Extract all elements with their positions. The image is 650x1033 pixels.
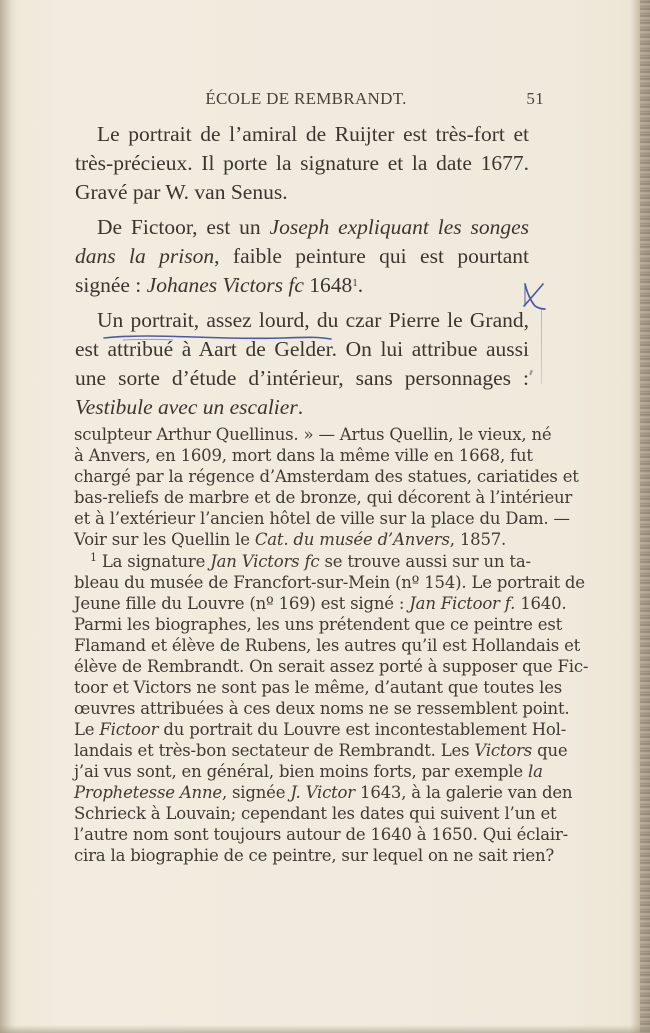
footnote-continuation: sculpteur Arthur Quellinus. » — Artus Qu…: [74, 424, 524, 550]
italic-title: Vestibule avec un escalier: [75, 395, 298, 419]
text-run: .: [298, 395, 303, 419]
running-head: ÉCOLE DE REMBRANDT. 51: [68, 89, 544, 111]
text-line: De Fictoor, est un Joseph expliquant les…: [75, 213, 529, 242]
text-line: Un portrait, assez lourd, du czar Pierre…: [75, 306, 529, 335]
text-line: œuvres attribuées à ces deux noms ne se …: [74, 698, 524, 719]
text-line: dans la prison, faible peinture qui est …: [75, 242, 529, 271]
text-line: Le Fictoor du portrait du Louvre est inc…: [74, 719, 524, 740]
pencil-margin-line: [541, 310, 542, 384]
text-line: une sorte d’étude d’intérieur, sans pers…: [75, 364, 529, 393]
text-line: Prophetesse Anne, signée J. Victor 1643,…: [74, 782, 524, 803]
text-line: cira la biographie de ce peintre, sur le…: [74, 845, 524, 866]
text-line: j’ai vus sont, en général, bien moins fo…: [74, 761, 524, 782]
text-line: Flamand et élève de Rubens, les autres q…: [74, 635, 524, 656]
text-line: Vestibule avec un escalier.: [75, 393, 529, 422]
text-run: j’ai vus sont, en général, bien moins fo…: [74, 762, 528, 781]
italic-title: Johanes Victors fc: [147, 273, 304, 297]
text-line: bleau du musée de Francfort-sur-Mein (nº…: [74, 572, 524, 593]
text-run: Voir sur les Quellin le: [74, 530, 255, 549]
text-line: landais et très-bon sectateur de Rembran…: [74, 740, 524, 761]
text-run: 1640.: [515, 594, 566, 613]
italic-title: Fictoor: [99, 720, 158, 739]
text-line: signée : Johanes Victors fc 16481.: [75, 271, 529, 300]
text-run: , faible peinture qui est pourtant: [214, 244, 529, 268]
text-line: Voir sur les Quellin le Cat. du musée d’…: [74, 529, 524, 550]
paragraph: De Fictoor, est un Joseph expliquant les…: [75, 213, 529, 300]
italic-title: la: [528, 762, 543, 781]
page-number: 51: [526, 89, 544, 109]
text-run: du portrait du Louvre est incontestablem…: [158, 720, 566, 739]
page-bottom-edge: [0, 1025, 650, 1033]
text-line: 1 La signature Jan Victors fc se trouve …: [74, 551, 524, 572]
text-run: .: [358, 273, 363, 297]
text-line: sculpteur Arthur Quellinus. » — Artus Qu…: [74, 424, 524, 445]
italic-title: dans la prison: [75, 244, 214, 268]
text-line: l’autre nom sont toujours autour de 1640…: [74, 824, 524, 845]
text-line: Schrieck à Louvain; cependant les dates …: [74, 803, 524, 824]
text-line: et à l’extérieur l’ancien hôtel de ville…: [74, 508, 524, 529]
text-run: 1643, à la galerie van den: [355, 783, 572, 802]
text-run: que: [532, 741, 567, 760]
text-run: landais et très-bon sectateur de Rembran…: [74, 741, 474, 760]
italic-title: J. Victor: [290, 783, 355, 802]
italic-title: Jan Victors fc: [210, 552, 319, 571]
text-run: La signature: [97, 552, 210, 571]
text-run: Jeune fille du Louvre (nº 169) est signé…: [74, 594, 409, 613]
italic-title: Jan Fictoor f.: [409, 594, 515, 613]
italic-title: Victors: [474, 741, 532, 760]
text-run: signée :: [75, 273, 147, 297]
paragraph: Le portrait de l’amiral de Ruijter est t…: [75, 120, 529, 207]
italic-title: Cat. du musée d’Anvers: [255, 530, 450, 549]
text-line: Parmi les biographes, les uns prétendent…: [74, 614, 524, 635]
pencil-tick-mark: [529, 370, 533, 375]
text-line: est attribué à Aart de Gelder. On lui at…: [75, 335, 529, 364]
page-edge: [640, 0, 650, 1033]
text-line: Gravé par W. van Senus.: [75, 178, 529, 207]
italic-title: Prophetesse Anne: [74, 783, 222, 802]
text-run: , 1857.: [450, 530, 506, 549]
running-title: ÉCOLE DE REMBRANDT.: [68, 89, 544, 109]
text-line: Le portrait de l’amiral de Ruijter est t…: [75, 120, 529, 149]
italic-title: Joseph expliquant les songes: [270, 215, 529, 239]
paragraph: Un portrait, assez lourd, du czar Pierre…: [75, 306, 529, 422]
text-line: bas-reliefs de marbre et de bronze, qui …: [74, 487, 524, 508]
text-line: chargé par la régence d’Amsterdam des st…: [74, 466, 524, 487]
footnotes: sculpteur Arthur Quellinus. » — Artus Qu…: [74, 424, 524, 866]
footnote-marker: 1: [90, 551, 97, 564]
footnote-1: 1 La signature Jan Victors fc se trouve …: [74, 551, 524, 866]
text-line: très-précieux. Il porte la signature et …: [75, 149, 529, 178]
text-run: 1648: [304, 273, 352, 297]
gutter-shadow: [0, 0, 16, 1033]
main-text: Le portrait de l’amiral de Ruijter est t…: [75, 120, 529, 422]
text-run: Le: [74, 720, 99, 739]
book-page: ÉCOLE DE REMBRANDT. 51 Le portrait de l’…: [0, 0, 650, 1033]
text-line: élève de Rembrandt. On serait assez port…: [74, 656, 524, 677]
text-line: toor et Victors ne sont pas le même, d’a…: [74, 677, 524, 698]
text-run: De Fictoor, est un: [97, 215, 270, 239]
text-run: se trouve aussi sur un ta-: [319, 552, 530, 571]
text-run: , signée: [222, 783, 290, 802]
text-line: à Anvers, en 1609, mort dans la même vil…: [74, 445, 524, 466]
text-line: Jeune fille du Louvre (nº 169) est signé…: [74, 593, 524, 614]
